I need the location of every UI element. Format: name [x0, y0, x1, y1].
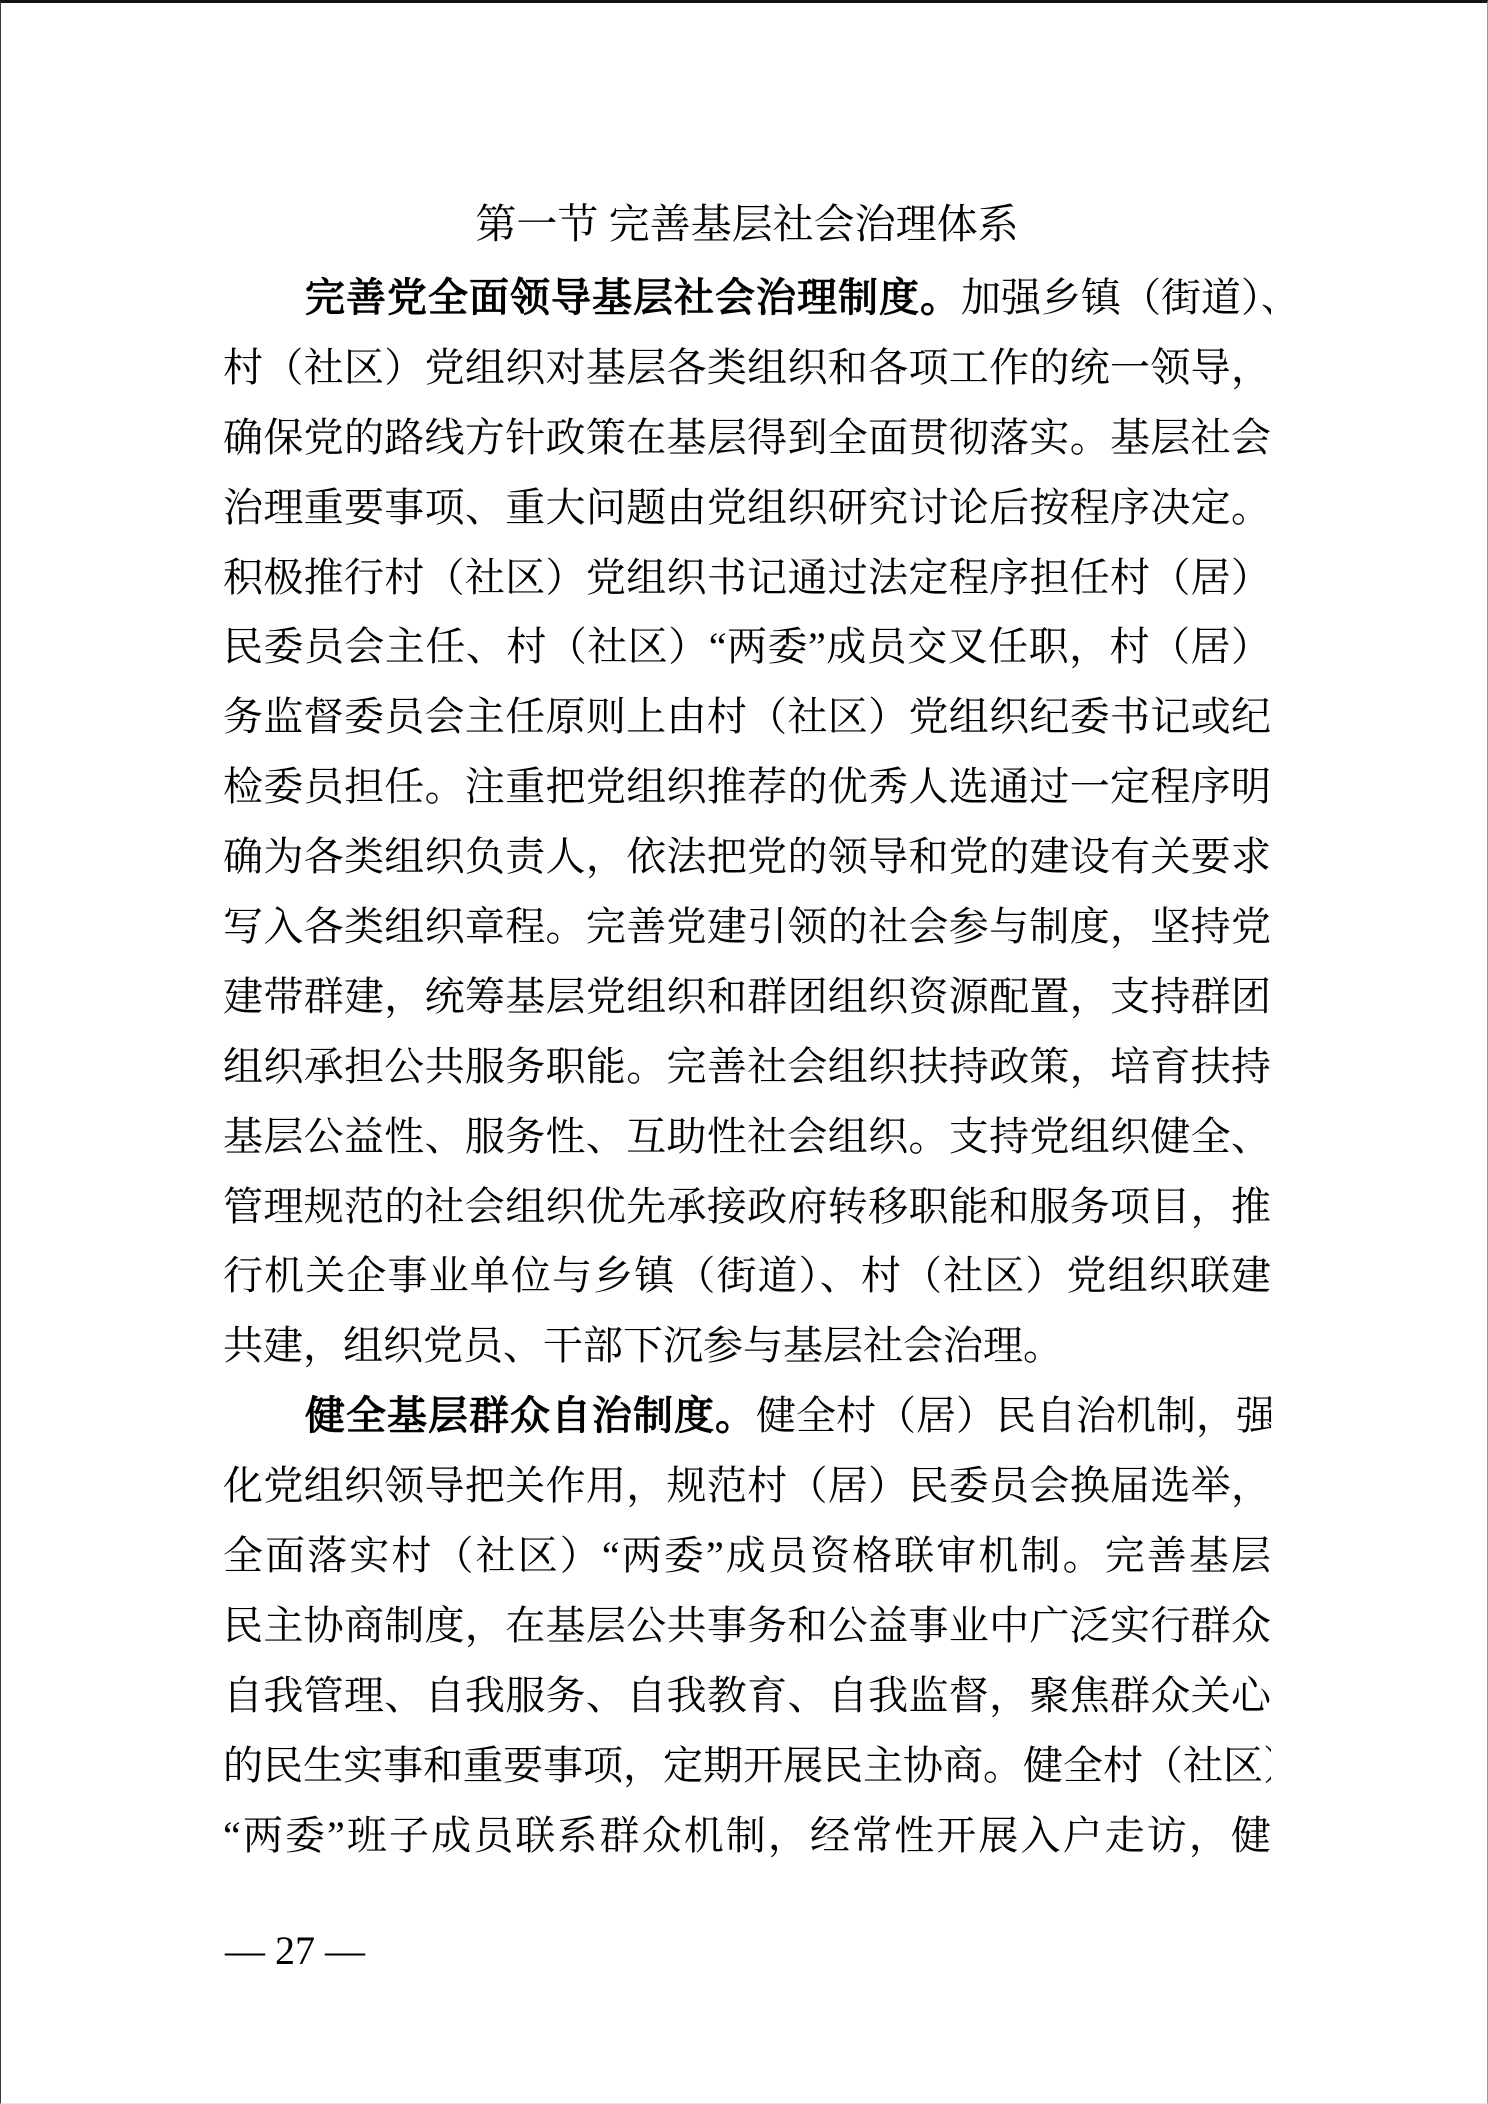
document-page: 第一节 完善基层社会治理体系 完善党全面领导基层社会治理制度。加强乡镇（街道）、…: [0, 0, 1488, 2104]
body-text: 完善党全面领导基层社会治理制度。加强乡镇（街道）、 村（社区）党组织对基层各类组…: [223, 263, 1271, 1870]
text-line: 确保党的路线方针政策在基层得到全面贯彻落实。基层社会: [223, 403, 1271, 473]
text-line: 村（社区）党组织对基层各类组织和各项工作的统一领导，: [223, 333, 1271, 403]
line-text: 加强乡镇（街道）、: [961, 275, 1271, 320]
text-line: “两委”班子成员联系群众机制，经常性开展入户走访，健: [223, 1801, 1271, 1871]
text-line: 检委员担任。注重把党组织推荐的优秀人选通过一定程序明: [223, 752, 1271, 822]
text-line: 务监督委员会主任原则上由村（社区）党组织纪委书记或纪: [223, 682, 1271, 752]
paragraph-lead-bold: 健全基层群众自治制度。: [305, 1394, 756, 1438]
text-line: 自我管理、自我服务、自我教育、自我监督，聚焦群众关心: [223, 1661, 1271, 1731]
text-line: 写入各类组织章程。完善党建引领的社会参与制度，坚持党: [223, 892, 1271, 962]
text-line: 民委员会主任、村（社区）“两委”成员交叉任职，村（居）: [223, 612, 1271, 682]
text-line: 管理规范的社会组织优先承接政府转移职能和服务项目，推: [223, 1172, 1271, 1242]
page-number: — 27 —: [225, 1929, 365, 1973]
text-line: 健全基层群众自治制度。健全村（居）民自治机制，强: [223, 1381, 1271, 1451]
text-line: 共建，组织党员、干部下沉参与基层社会治理。: [223, 1311, 1271, 1381]
text-line: 确为各类组织负责人，依法把党的领导和党的建设有关要求: [223, 822, 1271, 892]
text-line: 化党组织领导把关作用，规范村（居）民委员会换届选举，: [223, 1451, 1271, 1521]
text-line: 基层公益性、服务性、互助性社会组织。支持党组织健全、: [223, 1102, 1271, 1172]
text-line: 的民生实事和重要事项，定期开展民主协商。健全村（社区）: [223, 1731, 1271, 1801]
text-line: 积极推行村（社区）党组织书记通过法定程序担任村（居）: [223, 543, 1271, 613]
text-line: 治理重要事项、重大问题由党组织研究讨论后按程序决定。: [223, 473, 1271, 543]
paragraph-lead-bold: 完善党全面领导基层社会治理制度。: [305, 276, 961, 320]
text-line: 行机关企事业单位与乡镇（街道）、村（社区）党组织联建: [223, 1241, 1271, 1311]
text-line: 民主协商制度，在基层公共事务和公益事业中广泛实行群众: [223, 1591, 1271, 1661]
text-line: 建带群建，统筹基层党组织和群团组织资源配置，支持群团: [223, 962, 1271, 1032]
text-line: 完善党全面领导基层社会治理制度。加强乡镇（街道）、: [223, 263, 1271, 333]
text-line: 组织承担公共服务职能。完善社会组织扶持政策，培育扶持: [223, 1032, 1271, 1102]
text-line: 全面落实村（社区）“两委”成员资格联审机制。完善基层: [223, 1521, 1271, 1591]
line-text: 健全村（居）民自治机制，强: [756, 1393, 1271, 1438]
section-title: 第一节 完善基层社会治理体系: [223, 200, 1271, 248]
